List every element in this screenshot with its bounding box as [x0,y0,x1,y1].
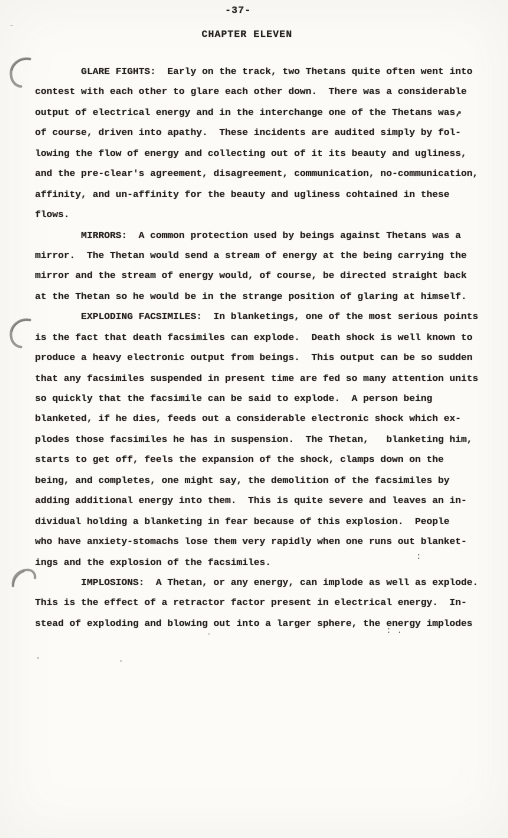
text-line: and the pre-clear's agreement, disagreem… [35,164,495,184]
page-number: -37- [0,6,492,17]
text-line: lowing the flow of energy and collecting… [35,144,495,164]
text-line: IMPLOSIONS: A Thetan, or any energy, can… [35,573,495,593]
pencil-arc-icon [7,56,35,90]
body-text: GLARE FIGHTS: Early on the track, two Th… [35,62,495,634]
text-line: GLARE FIGHTS: Early on the track, two Th… [35,62,495,82]
text-line: This is the effect of a retractor factor… [35,593,495,613]
text-line: adding additional energy into them. This… [35,491,495,511]
paper-speck [10,25,13,26]
paper-speck [120,660,122,662]
text-line: mirror and the stream of energy would, o… [35,266,495,286]
text-line: mirror. The Thetan would send a stream o… [35,246,495,266]
ink-mark-colon: : [416,552,421,562]
text-line: plodes those facsimiles he has in suspen… [35,430,495,450]
text-line: ings and the explosion of the facsimiles… [35,553,495,573]
text-line: at the Thetan so he would be in the stra… [35,287,495,307]
text-line: EXPLODING FACSIMILES: In blanketings, on… [35,307,495,327]
text-line: produce a heavy electronic output from b… [35,348,495,368]
text-line: who have anxiety-stomachs lose them very… [35,532,495,552]
text-line: starts to get off, feels the expansion o… [35,450,495,470]
chapter-title: CHAPTER ELEVEN [0,29,501,40]
text-line: flows. [35,205,495,225]
text-line: of course, driven into apathy. These inc… [35,123,495,143]
text-line: output of electrical energy and in the i… [35,103,495,123]
paper-speck [458,111,461,114]
text-line: that any facsimiles suspended in present… [35,369,495,389]
paper-speck [37,657,39,659]
text-line: MIRRORS: A common protection used by bei… [35,226,495,246]
text-line: being, and completes, one might say, the… [35,471,495,491]
pencil-arc-icon [10,566,38,598]
paper-speck [208,633,210,635]
text-line: contest with each other to glare each ot… [35,82,495,102]
text-line: is the fact that death facsimiles can ex… [35,328,495,348]
text-line: blanketed, if he dies, feeds out a consi… [35,409,495,429]
document-page: -37- CHAPTER ELEVEN GLARE FIGHTS: Early … [0,0,508,838]
ink-mark-colon-dot: : . [386,626,402,636]
pencil-arc-icon [7,316,35,350]
text-line: so quickly that the facsimile can be sai… [35,389,495,409]
text-line: affinity, and un-affinity for the beauty… [35,185,495,205]
text-line: dividual holding a blanketing in fear be… [35,512,495,532]
text-line: stead of exploding and blowing out into … [35,614,495,634]
